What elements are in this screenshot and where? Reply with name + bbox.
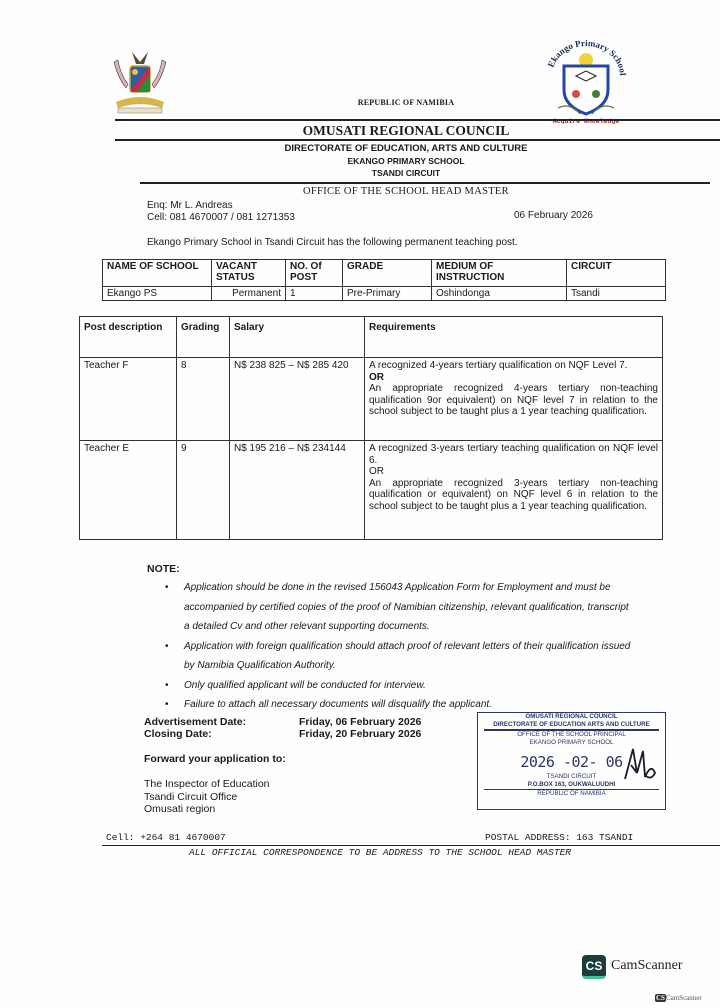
note-item-continued: a detailed Cv and other relevant support…: [165, 617, 665, 637]
address-line: Tsandi Circuit Office: [144, 791, 270, 804]
intro-text: Ekango Primary School in Tsandi Circuit …: [147, 237, 518, 248]
header-cell: Salary: [230, 317, 365, 358]
coat-of-arms-icon: [108, 48, 172, 118]
closing-date-label: Closing Date:: [144, 728, 299, 740]
requirement-alternative: An appropriate recognized 3-years tertia…: [369, 478, 658, 513]
post-cell: Teacher E: [80, 441, 177, 540]
header-rule-bottom: [140, 182, 710, 184]
post-cell: Teacher F: [80, 358, 177, 441]
table-cell: Pre-Primary: [343, 287, 432, 301]
note-list: Application should be done in the revise…: [165, 578, 665, 715]
footer-notice: ALL OFFICIAL CORRESPONDENCE TO BE ADDRES…: [0, 847, 720, 858]
note-item: Application should be done in the revise…: [165, 578, 665, 598]
advert-date-value: Friday, 06 February 2026: [299, 716, 421, 728]
post-table: NAME OF SCHOOL VACANT STATUS NO. Of POST…: [102, 259, 666, 301]
camscanner-label: CamScanner: [611, 958, 683, 974]
header-cell: GRADE: [343, 260, 432, 287]
note-item-continued: accompanied by certified copies of the p…: [165, 598, 665, 618]
header-cell: NO. Of POST: [286, 260, 343, 287]
header-cell: Post description: [80, 317, 177, 358]
address-line: The Inspector of Education: [144, 778, 270, 791]
note-item: Only qualified applicant will be conduct…: [165, 676, 665, 696]
header-cell: CIRCUIT: [567, 260, 666, 287]
enquiry-block: Enq: Mr L. Andreas Cell: 081 4670007 / 0…: [147, 200, 295, 224]
header-rule-top: [115, 119, 720, 121]
header-cell: NAME OF SCHOOL: [103, 260, 212, 287]
salary-cell: N$ 195 216 – N$ 234144: [230, 441, 365, 540]
closing-date-value: Friday, 20 February 2026: [299, 728, 421, 740]
requirements-table-header: Post description Grading Salary Requirem…: [80, 317, 663, 358]
camscanner-logo-icon: CS: [582, 955, 606, 979]
requirement-alternative: An appropriate recognized 4-years tertia…: [369, 383, 658, 418]
header-cell: MEDIUM OF INSTRUCTION: [432, 260, 567, 287]
post-table-header: NAME OF SCHOOL VACANT STATUS NO. Of POST…: [103, 260, 666, 287]
requirements-cell: A recognized 3-years tertiary teaching q…: [365, 441, 663, 540]
forward-address: The Inspector of Education Tsandi Circui…: [144, 778, 270, 816]
requirement-or: OR: [369, 372, 658, 384]
camscanner-small-badge: CS: [655, 994, 666, 1002]
address-line: Omusati region: [144, 803, 270, 816]
enquiry-cell: Cell: 081 4670007 / 081 1271353: [147, 212, 295, 224]
footer-cell: Cell: +264 81 4670007: [106, 832, 226, 843]
requirements-table: Post description Grading Salary Requirem…: [79, 316, 663, 540]
table-row: Ekango PS Permanent 1 Pre-Primary Oshind…: [103, 287, 666, 301]
table-cell: Tsandi: [567, 287, 666, 301]
table-row: Teacher E 9 N$ 195 216 – N$ 234144 A rec…: [80, 441, 663, 540]
requirement-primary: A recognized 3-years tertiary teaching q…: [369, 443, 658, 466]
requirements-cell: A recognized 4-years tertiary qualificat…: [365, 358, 663, 441]
table-row: Teacher F 8 N$ 238 825 – N$ 285 420 A re…: [80, 358, 663, 441]
note-heading: NOTE:: [147, 563, 180, 575]
letter-date: 06 February 2026: [514, 210, 593, 221]
directorate-heading: DIRECTORATE OF EDUCATION, ARTS AND CULTU…: [0, 143, 720, 154]
table-cell: 1: [286, 287, 343, 301]
requirement-or: OR: [369, 466, 658, 478]
enquiry-name: Enq: Mr L. Andreas: [147, 200, 295, 212]
requirement-primary: A recognized 4-years tertiary qualificat…: [369, 360, 658, 372]
footer-postal-address: POSTAL ADDRESS: 163 TSANDI: [485, 832, 633, 843]
salary-cell: N$ 238 825 – N$ 285 420: [230, 358, 365, 441]
dates-block: Advertisement Date:Friday, 06 February 2…: [144, 716, 421, 740]
table-cell: Oshindonga: [432, 287, 567, 301]
header-rule-middle: [115, 139, 720, 141]
header-cell: VACANT STATUS: [212, 260, 286, 287]
school-crest-icon: Ekango Primary School Acquire Knowledge: [540, 38, 632, 124]
note-item-continued: by Namibia Qualification Authority.: [165, 656, 665, 676]
header-cell: Grading: [177, 317, 230, 358]
advert-date-label: Advertisement Date:: [144, 716, 299, 728]
forward-heading: Forward your application to:: [144, 753, 286, 765]
republic-heading: REPUBLIC OF NAMIBIA: [0, 98, 720, 107]
footer-rule: [102, 845, 720, 846]
official-stamp: OMUSATI REGIONAL COUNCIL DIRECTORATE OF …: [477, 712, 666, 810]
office-heading: OFFICE OF THE SCHOOL HEAD MASTER: [0, 186, 720, 197]
table-cell: Permanent: [212, 287, 286, 301]
camscanner-small-mark: CSCamScanner: [655, 994, 702, 1002]
note-item: Application with foreign qualification s…: [165, 637, 665, 657]
school-heading: EKANGO PRIMARY SCHOOL: [0, 156, 720, 166]
table-cell: Ekango PS: [103, 287, 212, 301]
grading-cell: 8: [177, 358, 230, 441]
council-heading: OMUSATI REGIONAL COUNCIL: [0, 123, 720, 139]
header-cell: Requirements: [365, 317, 663, 358]
signature-icon: [621, 743, 657, 783]
circuit-heading: TSANDI CIRCUIT: [0, 168, 720, 178]
grading-cell: 9: [177, 441, 230, 540]
